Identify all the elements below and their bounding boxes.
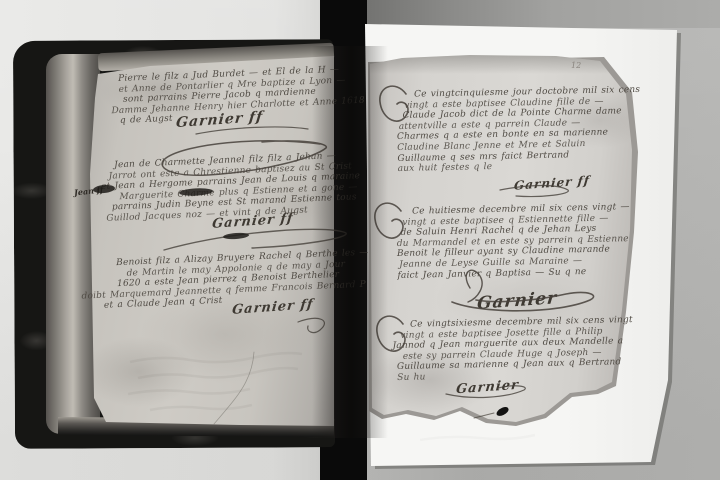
handwriting-entry: Jean de Charmette Jeannel filz filz a Je… <box>100 151 338 224</box>
background-top-band <box>348 0 720 28</box>
manuscript-photo: Pierre le filz a Jud Burdet — et El de l… <box>0 0 720 480</box>
gutter-shadow <box>312 46 388 438</box>
page-number: 12 <box>571 61 581 70</box>
handwriting-entry: Ce huitiesme decembre mil six cens vingt… <box>396 203 610 282</box>
handwriting-entry: Ce vingtsixiesme decembre mil six cens v… <box>396 316 609 384</box>
handwriting-entry: Ce vingtcinquiesme jour doctobre mil six… <box>396 86 604 175</box>
